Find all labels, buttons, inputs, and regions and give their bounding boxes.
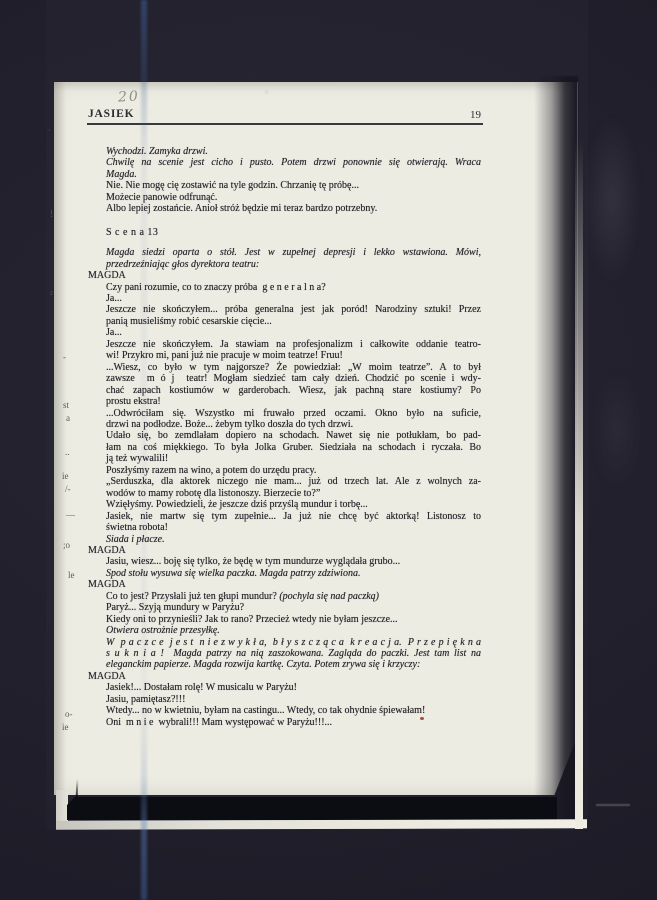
script-line: Jasiek, nie martw się tym zupełnie... Ja… [106, 511, 481, 522]
margin-fragment: — [66, 511, 75, 520]
dialogue-block: Czy pani rozumie, co to znaczy próba g e… [106, 282, 481, 293]
character-name: MAGDA [88, 545, 463, 556]
scan-smudge [592, 370, 642, 490]
script-page: 20 JASIEK 19 Wychodzi. Zamyka drzwi.Chwi… [54, 82, 578, 795]
inline-stage-direction: (pochyla się nad paczką) [279, 591, 379, 602]
script-line: Wychodzi. Zamyka drzwi. [106, 146, 481, 157]
dialogue-block: Kiedy oni to przynieśli? Jak to rano? Pr… [106, 614, 481, 625]
margin-fragment: st [63, 401, 69, 410]
margin-fragment: ;o [63, 541, 70, 550]
margin-fragment: ² [50, 290, 53, 299]
dialogue-block: Udało się, bo zemdlałam dopiero na schod… [106, 430, 481, 464]
bottom-black-bar [67, 797, 557, 820]
dialogue-block: Nie. Nie mogę cię zostawić na tyle godzi… [106, 180, 481, 214]
script-line: Jeszcze nie skończyłem. Ja stawiam na pr… [106, 339, 481, 350]
script-line: Wzięłyśmy. Powiedzieli, że jeszcze dziś … [106, 499, 481, 510]
dialogue-block: Ja... [106, 293, 481, 304]
script-line: przedrzeźniając głos dyrektora teatru: [106, 259, 481, 270]
dialogue-block: ...Odwróciłam się. Wszystko mi fruwało p… [106, 408, 481, 431]
stage-direction: Siada i płacze. [106, 534, 481, 545]
scanned-document-background: 20 JASIEK 19 Wychodzi. Zamyka drzwi.Chwi… [0, 0, 657, 900]
margin-fragment: a [66, 414, 70, 423]
margin-fragment: .. [65, 448, 70, 457]
script-content: Wychodzi. Zamyka drzwi.Chwilę na scenie … [88, 146, 486, 728]
script-line: ją też wywalili! [106, 453, 481, 464]
script-line: W p a c z c e j e s t n i e z w y k ł a,… [106, 637, 481, 648]
dialogue-block: Jeszcze nie skończyłem. Ja stawiam na pr… [106, 339, 481, 362]
script-line: Czy pani rozumie, co to znaczy próba g e… [106, 282, 481, 293]
script-line: łam na coś miękkiego. To była Jolka Grub… [106, 442, 481, 453]
script-line: ...Wiesz, co było w tym najgorsze? Że po… [106, 362, 481, 373]
script-line: chać zapach kostiumów w garderobach. Wie… [106, 385, 481, 396]
margin-fragment: o- [65, 710, 73, 719]
script-line: Ja... [106, 327, 481, 338]
dialogue-block: Co to jest? Przysłali już ten głupi mund… [106, 591, 481, 602]
photo-frame-right-edge [575, 140, 583, 829]
character-name: MAGDA [88, 671, 463, 682]
stage-direction: Wychodzi. Zamyka drzwi.Chwilę na scenie … [106, 146, 481, 180]
dialogue-block: Wzięłyśmy. Powiedzieli, że jeszcze dziś … [106, 499, 481, 510]
margin-fragment: ! [50, 210, 53, 219]
stage-direction: Magda siedzi oparta o stół. Jest w zupeł… [106, 247, 481, 270]
stage-direction: Otwiera ostrożnie przesyłkę. [106, 625, 481, 636]
dialogue-block: Ja... [106, 327, 481, 338]
character-name: MAGDA [88, 270, 463, 281]
scan-scratch [596, 804, 630, 806]
script-line: Jasiu, wiesz... boję się tylko, że będę … [106, 556, 481, 567]
script-line: Paryż... Szyją mundury w Paryżu? [106, 602, 481, 613]
script-line: zawsze m ó j teatr! Mogłam siedzieć tam … [106, 373, 481, 384]
red-ink-dot [420, 717, 424, 720]
margin-fragment: ie [62, 472, 69, 481]
script-line: Możecie panowie odfrunąć. [106, 192, 481, 203]
margin-fragment: · [48, 126, 51, 135]
margin-fragment: ie [62, 723, 69, 732]
script-line: eleganckim papierze. Magda rozwija kartk… [106, 659, 481, 670]
script-line: Siada i płacze. [106, 534, 481, 545]
margin-fragment: le [68, 571, 75, 580]
script-line: MAGDA [88, 270, 463, 281]
script-line: Magda siedzi oparta o stół. Jest w zupeł… [106, 247, 481, 258]
script-line: Jasiek!... Dostałam rolę! W musicalu w P… [106, 682, 481, 693]
script-line: MAGDA [88, 545, 463, 556]
stage-direction: W p a c z c e j e s t n i e z w y k ł a,… [106, 637, 481, 671]
margin-fragment: - [63, 353, 66, 362]
script-line: Magda. [106, 169, 481, 180]
script-line: Kiedy oni to przynieśli? Jak to rano? Pr… [106, 614, 481, 625]
script-line: Jeszcze nie skończyłem... próba generaln… [106, 304, 481, 315]
script-line: MAGDA [88, 671, 463, 682]
script-line: Chwilę na scenie jest cicho i pusto. Pot… [106, 157, 481, 168]
script-line: ...Odwróciłam się. Wszystko mi fruwało p… [106, 408, 481, 419]
script-line: Udało się, bo zemdlałam dopiero na schod… [106, 430, 481, 441]
page-header-title: JASIEK [88, 108, 134, 120]
character-name: MAGDA [88, 579, 463, 590]
dialogue-block: Jeszcze nie skończyłem... próba generaln… [106, 304, 481, 327]
dialogue-block: Paryż... Szyją mundury w Paryżu? [106, 602, 481, 613]
script-line: Jasiu, pamiętasz?!!! [106, 694, 481, 705]
script-line: Otwiera ostrożnie przesyłkę. [106, 625, 481, 636]
script-line: Albo lepiej zostańcie. Anioł stróż będzi… [106, 203, 481, 214]
script-line: Ja... [106, 293, 481, 304]
dialogue-block: Jasiek, nie martw się tym zupełnie... Ja… [106, 511, 481, 534]
script-line: wodów to mamy robotę dla listonoszy. Bie… [106, 488, 481, 499]
dialogue-block: ...Wiesz, co było w tym najgorsze? Że po… [106, 362, 481, 408]
script-line: „Serduszka, dla aktorek niczego nie mam.… [106, 476, 481, 487]
script-line: Co to jest? Przysłali już ten głupi mund… [106, 591, 481, 602]
photo-frame-bottom-edge [56, 819, 587, 829]
scan-smudge [583, 115, 641, 285]
script-line: wi! Przykro mi, pani już nie pracuje w m… [106, 350, 481, 361]
script-line: świetna robota! [106, 522, 481, 533]
script-line: Nie. Nie mogę cię zostawić na tyle godzi… [106, 180, 481, 191]
header-rule [87, 123, 483, 125]
script-line: MAGDA [88, 579, 463, 590]
page-number: 19 [454, 109, 481, 121]
script-line: panią musieliśmy robić cesarskie cięcie.… [106, 316, 481, 327]
script-line: Spod stołu wysuwa się wielka paczka. Mag… [106, 568, 481, 579]
script-line: Wtedy... no w kwietniu, byłam na casting… [106, 705, 481, 716]
script-line: drzwi na podłodze. Boże... żebym tylko d… [106, 419, 481, 430]
script-line: Poszłyśmy razem na wino, a potem do urzę… [106, 465, 481, 476]
script-line: Oni m n i e wybrali!!! Mam występować w … [106, 717, 481, 728]
dialogue-block: Jasiek!... Dostałam rolę! W musicalu w P… [106, 682, 481, 728]
script-line: prostu ekstra! [106, 396, 481, 407]
stage-direction: Spod stołu wysuwa się wielka paczka. Mag… [106, 568, 481, 579]
page-edge-shadow [534, 76, 578, 824]
script-line: s u k n i a ! Magda patrzy na nią zaszok… [106, 648, 481, 659]
margin-fragment: /- [65, 485, 71, 494]
margin-fragment: × [264, 88, 269, 97]
dialogue-block: Jasiu, wiesz... boję się tylko, że będę … [106, 556, 481, 567]
dialogue-block: Poszłyśmy razem na wino, a potem do urzę… [106, 465, 481, 476]
handwritten-page-note: 20 [118, 88, 141, 105]
dialogue-block: „Serduszka, dla aktorek niczego nie mam.… [106, 476, 481, 499]
scene-heading: S c e n a 13 [106, 227, 481, 238]
script-line: S c e n a 13 [106, 227, 481, 238]
